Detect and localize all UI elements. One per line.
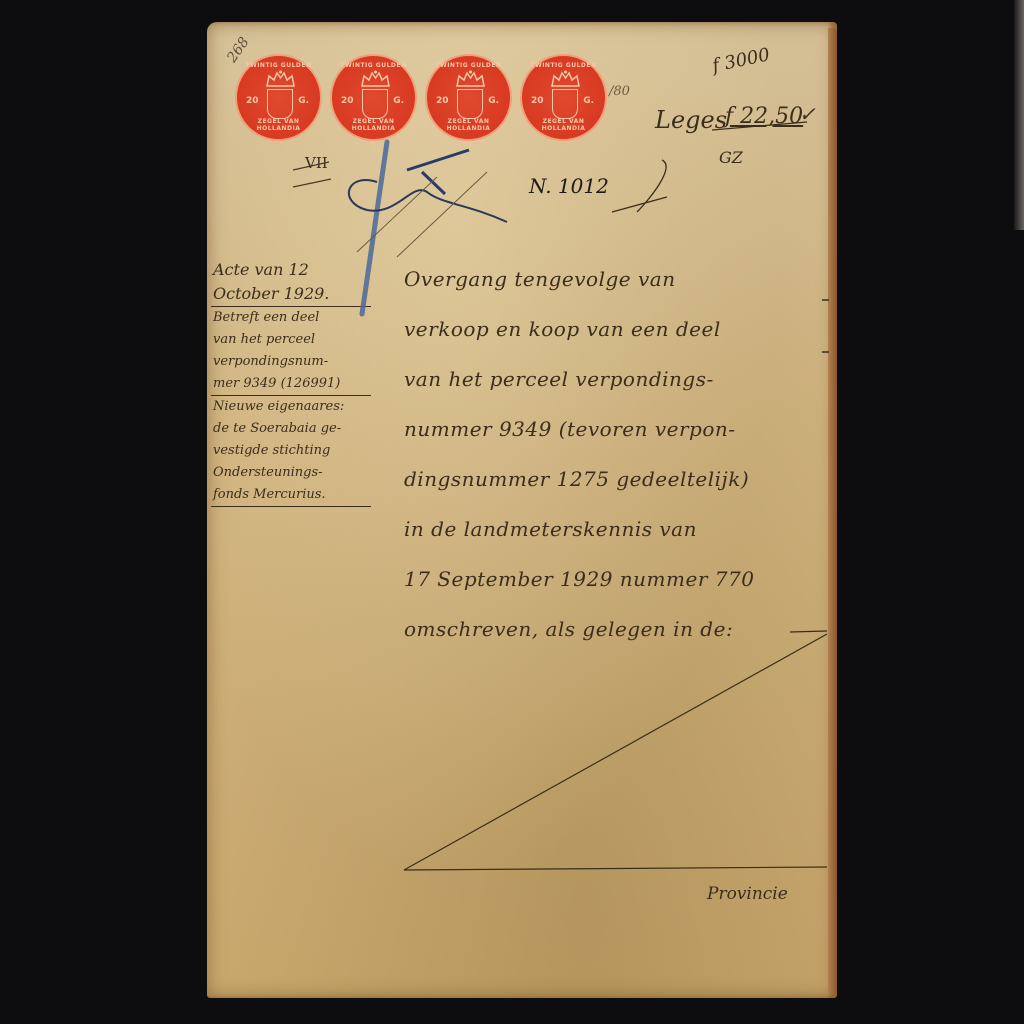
background-object-edge xyxy=(1014,0,1024,230)
pen-strokes xyxy=(207,22,837,998)
document-page: 268 TWINTIG GULDEN 20 G. ZEGEL VAN HOLLA… xyxy=(207,22,837,998)
